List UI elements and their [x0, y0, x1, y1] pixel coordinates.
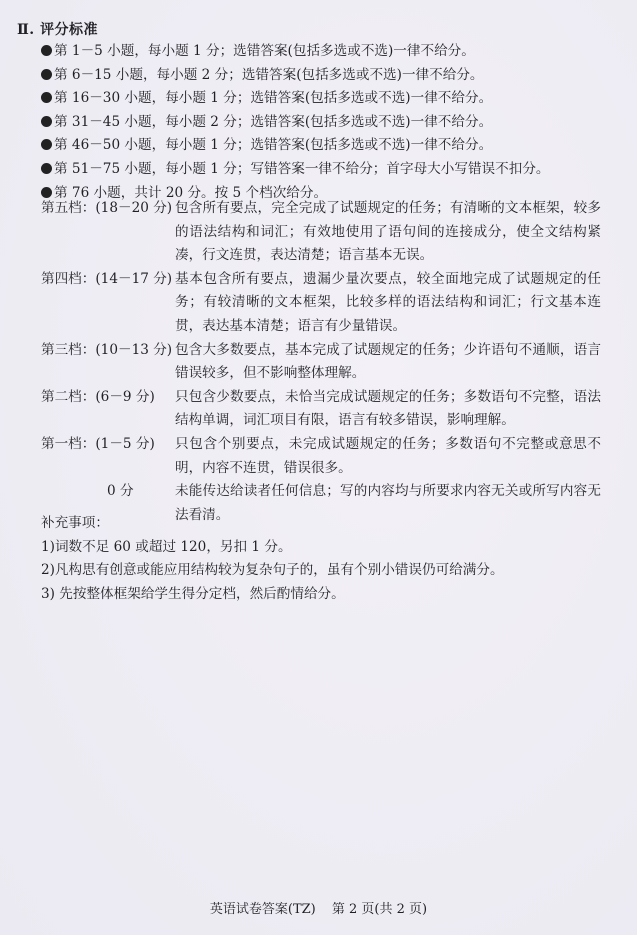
supplementary-notes: 补充事项： 1)词数不足 60 或超过 120，另扣 1 分。 2)凡构思有创意… — [41, 512, 504, 606]
bullet-icon — [41, 187, 52, 198]
footer-doc-title: 英语试卷答案(TZ) — [210, 902, 316, 917]
scoring-rule: 第 31－45 小题，每小题 2 分；选错答案(包括多选或不选)一律不给分。 — [41, 111, 550, 135]
band-label: 第二档：(6－9 分) — [41, 386, 175, 433]
grade-band-1: 第一档：(1－5 分) 只包含个别要点，未完成试题规定的任务；多数语句不完整或意… — [41, 433, 601, 480]
grade-band-3: 第三档：(10－13 分) 包含大多数要点，基本完成了试题规定的任务；少许语句不… — [41, 339, 601, 386]
grade-bands: 第五档：(18－20 分) 包含所有要点，完全完成了试题规定的任务；有清晰的文本… — [41, 197, 601, 527]
section-title: Ⅱ. 评分标准 — [17, 19, 98, 39]
note-item: 2)凡构思有创意或能应用结构较为复杂句子的，虽有个别小错误仍可给满分。 — [41, 559, 504, 583]
bullet-icon — [41, 45, 52, 56]
scoring-rule: 第 1－5 小题，每小题 1 分；选错答案(包括多选或不选)一律不给分。 — [41, 40, 550, 64]
section-heading: 评分标准 — [40, 22, 98, 38]
scoring-rule: 第 51－75 小题，每小题 1 分；写错答案一律不给分；首字母大小写错误不扣分… — [41, 158, 550, 182]
scoring-rule: 第 46－50 小题，每小题 1 分；选错答案(包括多选或不选)一律不给分。 — [41, 134, 550, 158]
note-item: 3) 先按整体框架给学生得分定档，然后酌情给分。 — [41, 583, 504, 607]
note-item: 1)词数不足 60 或超过 120，另扣 1 分。 — [41, 536, 504, 560]
notes-heading: 补充事项： — [41, 512, 504, 536]
band-description: 只包含少数要点，未恰当完成试题规定的任务；多数语句不完整，语法结构单调，词汇项目… — [175, 386, 601, 433]
bullet-icon — [41, 92, 52, 103]
scoring-rule: 第 6－15 小题，每小题 2 分；选错答案(包括多选或不选)一律不给分。 — [41, 64, 550, 88]
footer-page-info: 第 2 页(共 2 页) — [332, 902, 427, 917]
band-label: 第三档：(10－13 分) — [41, 339, 175, 386]
bullet-icon — [41, 139, 52, 150]
band-description: 包含所有要点，完全完成了试题规定的任务；有清晰的文本框架，较多的语法结构和词汇；… — [175, 197, 601, 268]
grade-band-5: 第五档：(18－20 分) 包含所有要点，完全完成了试题规定的任务；有清晰的文本… — [41, 197, 601, 268]
band-label: 第四档：(14－17 分) — [41, 268, 175, 339]
bullet-icon — [41, 163, 52, 174]
band-description: 包含大多数要点，基本完成了试题规定的任务；少许语句不通顺，语言错误较多，但不影响… — [175, 339, 601, 386]
band-label: 第五档：(18－20 分) — [41, 197, 175, 268]
bullet-icon — [41, 69, 52, 80]
scoring-rule: 第 16－30 小题，每小题 1 分；选错答案(包括多选或不选)一律不给分。 — [41, 87, 550, 111]
scoring-rules-list: 第 1－5 小题，每小题 1 分；选错答案(包括多选或不选)一律不给分。 第 6… — [41, 40, 550, 205]
band-label: 第一档：(1－5 分) — [41, 433, 175, 480]
band-description: 基本包含所有要点，遗漏少量次要点，较全面地完成了试题规定的任务；有较清晰的文本框… — [175, 268, 601, 339]
answer-sheet-page: Ⅱ. 评分标准 第 1－5 小题，每小题 1 分；选错答案(包括多选或不选)一律… — [0, 0, 637, 935]
bullet-icon — [41, 116, 52, 127]
bleed-through-texture — [30, 610, 620, 860]
section-numeral: Ⅱ. — [17, 22, 35, 38]
band-description: 只包含个别要点，未完成试题规定的任务；多数语句不完整或意思不明，内容不连贯，错误… — [175, 433, 601, 480]
grade-band-4: 第四档：(14－17 分) 基本包含所有要点，遗漏少量次要点，较全面地完成了试题… — [41, 268, 601, 339]
grade-band-2: 第二档：(6－9 分) 只包含少数要点，未恰当完成试题规定的任务；多数语句不完整… — [41, 386, 601, 433]
page-footer: 英语试卷答案(TZ) 第 2 页(共 2 页) — [0, 898, 637, 917]
